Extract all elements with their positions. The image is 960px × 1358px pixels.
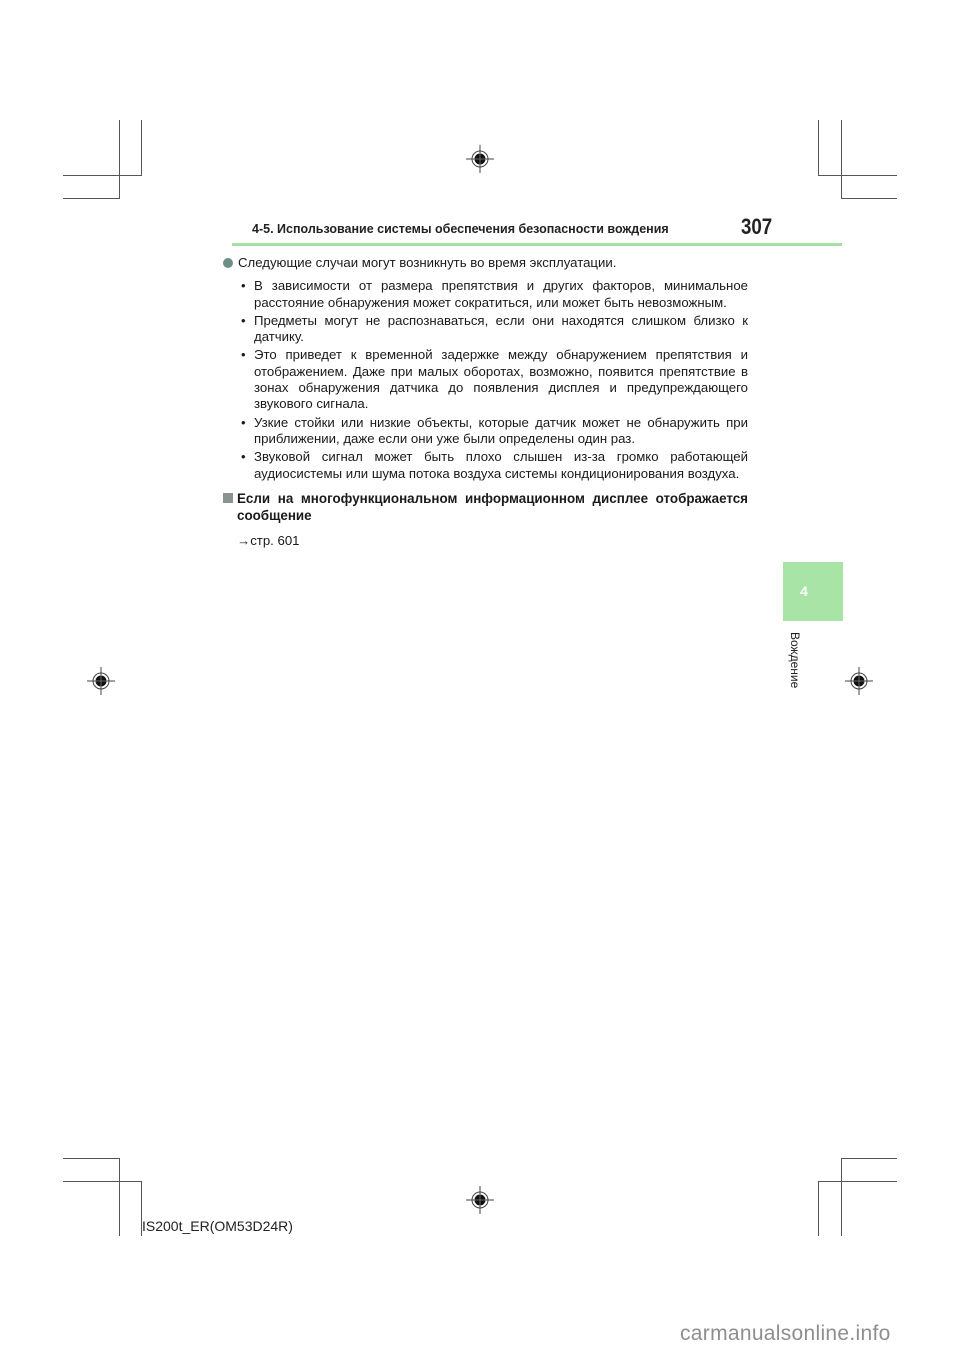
square-bullet-icon bbox=[223, 493, 233, 503]
crop-mark bbox=[841, 120, 842, 198]
bullet-icon: • bbox=[241, 415, 246, 431]
crop-mark bbox=[818, 1181, 819, 1236]
list-item: •В зависимости от размера препятствия и … bbox=[241, 278, 748, 311]
crop-mark bbox=[63, 198, 120, 199]
chapter-tab[interactable]: 4 bbox=[783, 562, 843, 621]
registration-mark-icon bbox=[463, 1183, 497, 1217]
bullet-icon: • bbox=[241, 347, 246, 363]
crop-mark bbox=[818, 175, 897, 176]
bullet-icon: • bbox=[241, 278, 246, 294]
list-item: •Это приведет к временной задержке между… bbox=[241, 347, 748, 412]
registration-mark-icon bbox=[84, 664, 118, 698]
section-heading-text: Если на многофункциональном информационн… bbox=[237, 490, 748, 524]
page-content: Следующие случаи могут возникнуть во вре… bbox=[223, 255, 748, 549]
lead-paragraph: Следующие случаи могут возникнуть во вре… bbox=[223, 255, 748, 271]
header-divider bbox=[232, 243, 842, 246]
bullet-icon: • bbox=[241, 449, 246, 465]
crop-mark bbox=[818, 120, 819, 175]
crop-mark bbox=[63, 175, 142, 176]
crop-mark bbox=[818, 1181, 897, 1182]
section-title: 4-5. Использование системы обеспечения б… bbox=[252, 222, 669, 236]
chapter-label: Вождение bbox=[788, 632, 802, 688]
bullet-list: •В зависимости от размера препятствия и … bbox=[223, 278, 748, 482]
page-reference-link[interactable]: →стр. 601 bbox=[237, 533, 748, 549]
list-item: •Предметы могут не распознаваться, если … bbox=[241, 313, 748, 346]
list-item: •Узкие стойки или низкие объекты, которы… bbox=[241, 415, 748, 448]
crop-mark bbox=[841, 1158, 842, 1236]
watermark: carmanualsonline.info bbox=[680, 1322, 891, 1346]
lead-text: Следующие случаи могут возникнуть во вре… bbox=[238, 255, 616, 271]
crop-mark bbox=[841, 1158, 897, 1159]
crop-mark bbox=[63, 1181, 142, 1182]
crop-mark bbox=[141, 120, 142, 175]
registration-mark-icon bbox=[463, 142, 497, 176]
list-item: •Звуковой сигнал может быть плохо слышен… bbox=[241, 449, 748, 482]
chapter-number: 4 bbox=[800, 583, 808, 599]
crop-mark bbox=[841, 198, 897, 199]
bullet-icon: • bbox=[241, 313, 246, 329]
section-heading: Если на многофункциональном информационн… bbox=[223, 490, 748, 524]
crop-mark bbox=[119, 1158, 120, 1236]
registration-mark-icon bbox=[842, 664, 876, 698]
circle-bullet-icon bbox=[223, 258, 233, 268]
crop-mark bbox=[119, 120, 120, 198]
page-number: 307 bbox=[741, 214, 772, 240]
document-code: IS200t_ER(OM53D24R) bbox=[142, 1218, 293, 1234]
crop-mark bbox=[63, 1158, 119, 1159]
